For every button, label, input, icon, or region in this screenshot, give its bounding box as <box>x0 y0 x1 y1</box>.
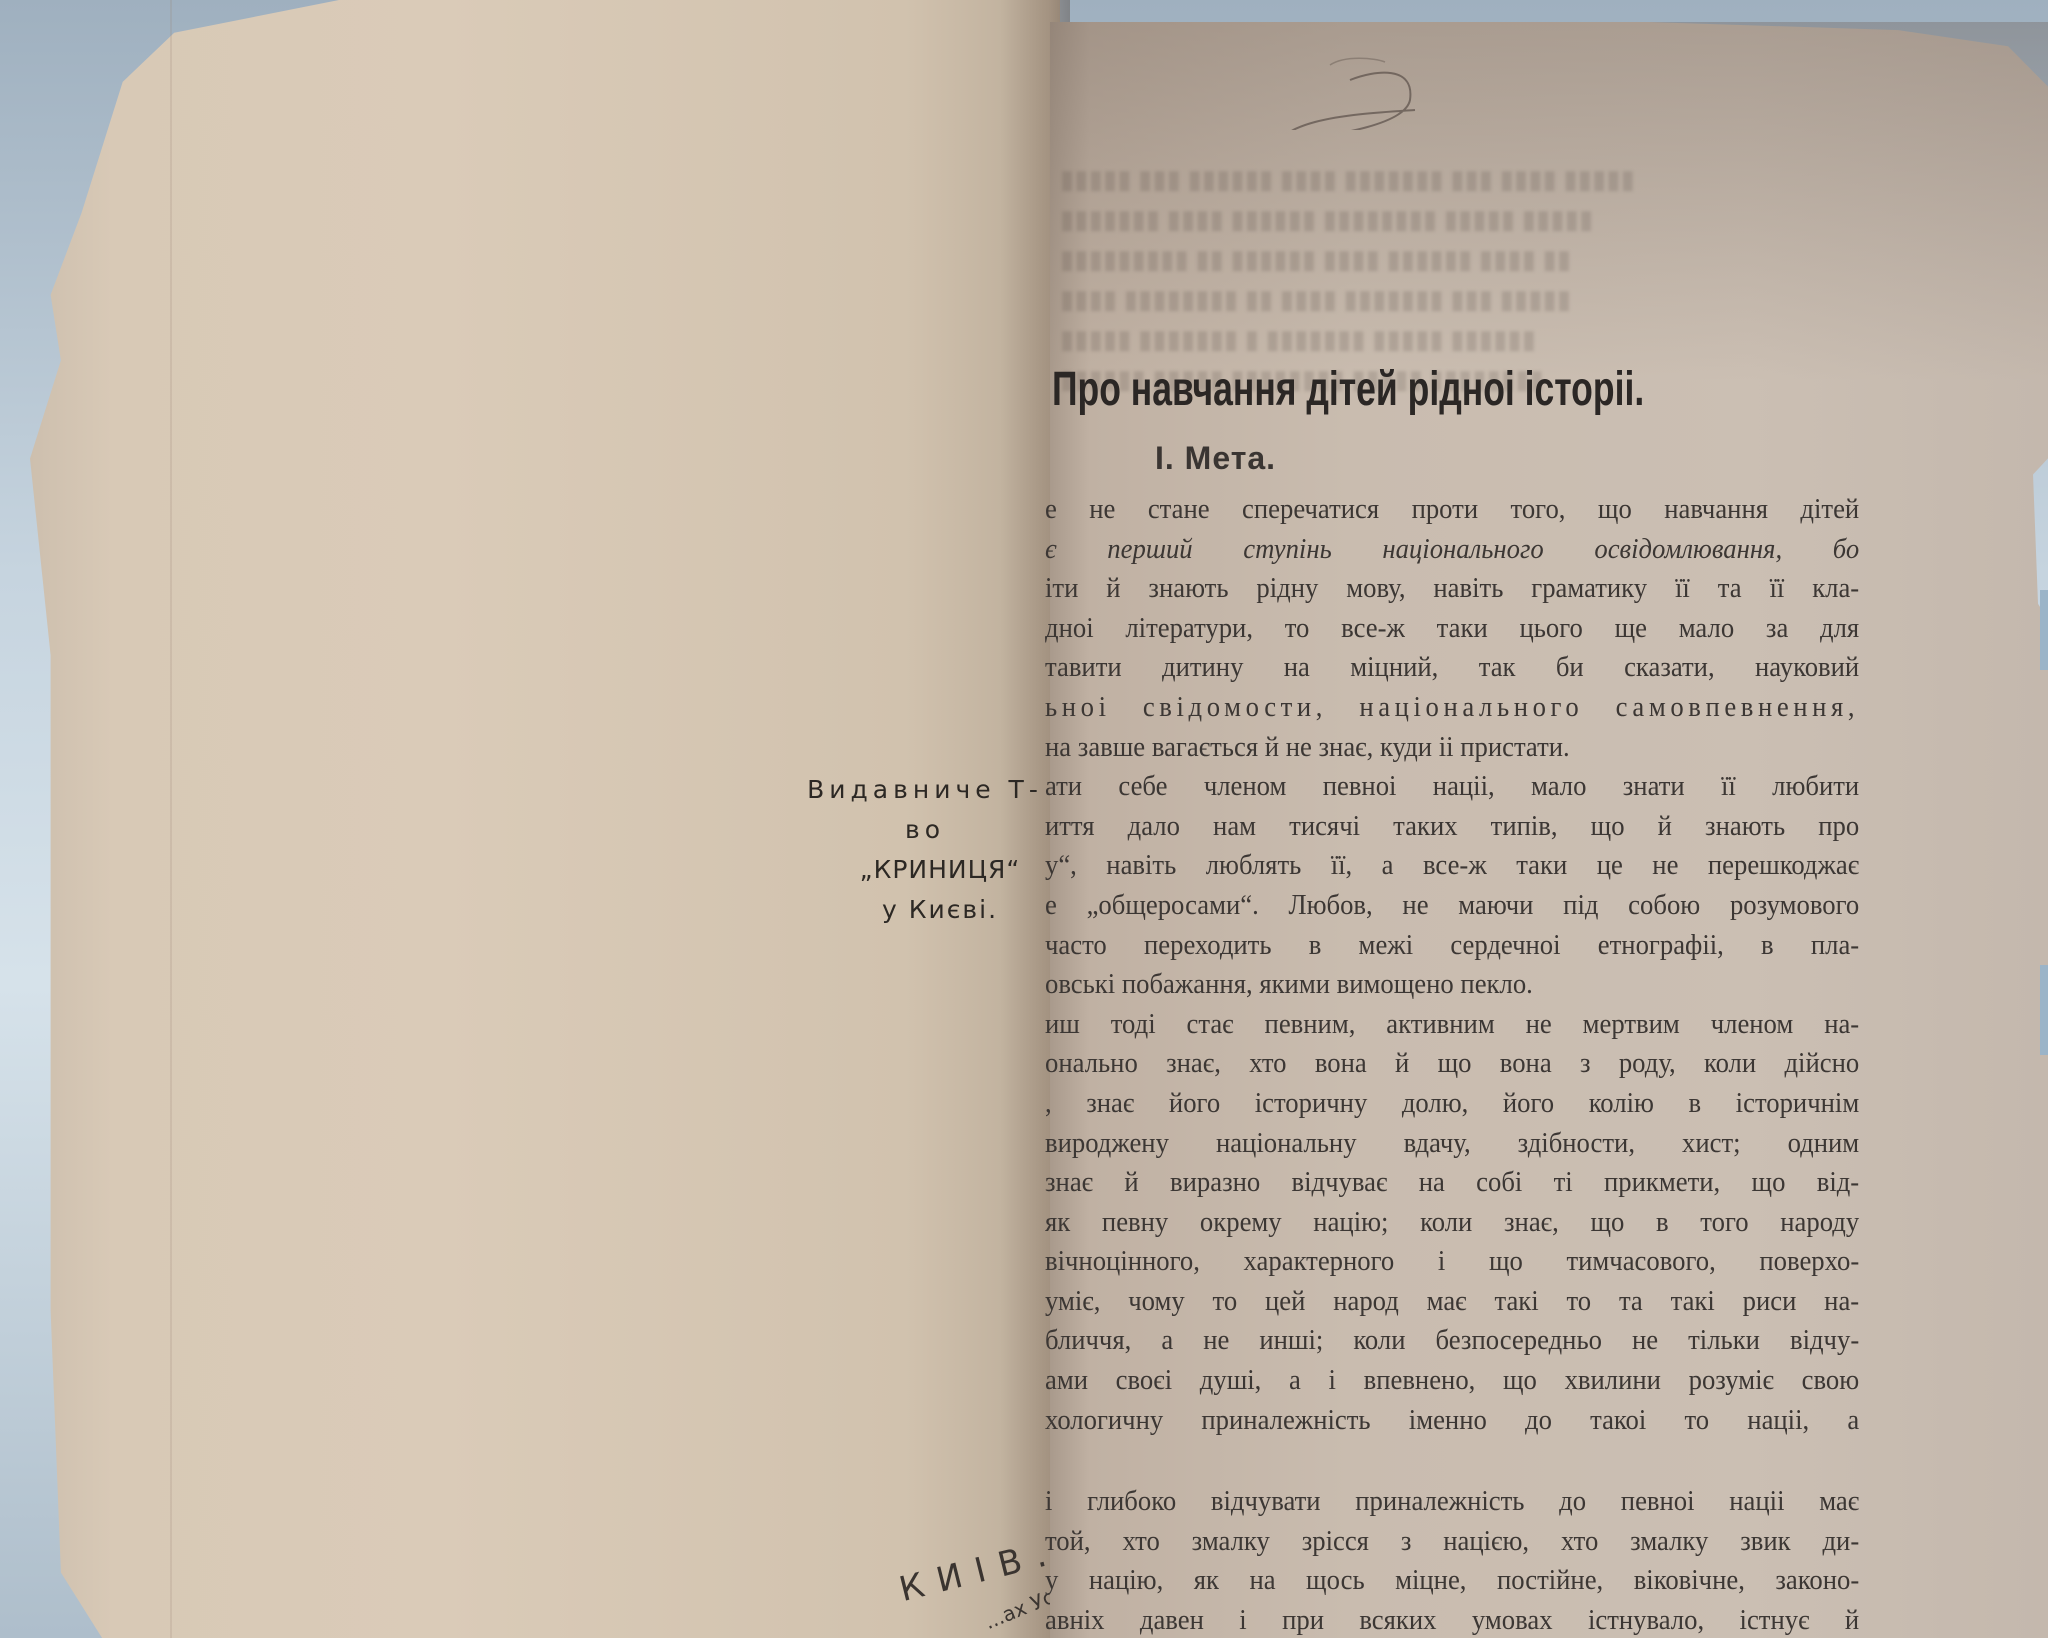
text-line: ьноі свідомости, національного самовпевн… <box>1045 688 1859 728</box>
text-line: є перший ступінь національного освідомлю… <box>1045 530 1859 570</box>
page-edge-tear <box>2040 590 2048 670</box>
text-line: хологичну приналежність іменно до такоі … <box>1045 1401 1859 1441</box>
text-line: часто переходить в межі сердечноі етногр… <box>1045 926 1859 966</box>
publisher-line: Видавниче Т-во <box>760 770 1060 850</box>
page-edge-tear <box>2040 965 2048 1055</box>
text-line: е не стане сперечатися проти того, що на… <box>1045 490 1859 530</box>
text-line: авніх давен і при всяких умовах істнувал… <box>1045 1601 1859 1638</box>
text-line: на завше вагається й не знає, куди іі пр… <box>1045 728 1859 768</box>
text-line: вічноцінного, характерного і що тимчасов… <box>1045 1242 1859 1282</box>
text-line: дноі літератури, то все-ж таки цього ще … <box>1045 609 1859 649</box>
text-line: бличчя, а не инші; коли безпосередньо не… <box>1045 1321 1859 1361</box>
handwritten-signature-icon <box>1275 40 1445 130</box>
text-line: ати себе членом певноі націі, мало знати… <box>1045 767 1859 807</box>
text-line: тавити дитину на міцний, так би сказати,… <box>1045 648 1859 688</box>
text-line: уміє, чому то цей народ має такі то та т… <box>1045 1282 1859 1322</box>
text-line: у“, навіть люблять її, а все-ж таки це н… <box>1045 846 1859 886</box>
text-line: у націю, як на щось міцне, постійне, вік… <box>1045 1561 1859 1601</box>
text-line: іти й знають рідну мову, навіть граматик… <box>1045 569 1859 609</box>
left-page-fold-line <box>170 0 172 1638</box>
text-line: иш тоді стає певним, активним не мертвим… <box>1045 1005 1859 1045</box>
body-text: е не стане сперечатися проти того, що на… <box>1045 490 1860 1638</box>
text-line: знає й виразно відчуває на собі ті прикм… <box>1045 1163 1859 1203</box>
text-line: і глибоко відчувати приналежність до пев… <box>1045 1482 1859 1522</box>
text-line: е „общеросами“. Любов, не маючи під собо… <box>1045 886 1859 926</box>
publisher-name: „КРИНИЦЯ“ <box>760 850 1060 890</box>
text-line: ами своєі душі, а і впевнено, що хвилини… <box>1045 1361 1859 1401</box>
text-line: як певну окрему націю; коли знає, що в т… <box>1045 1203 1859 1243</box>
open-book-spread: Видавниче Т-во „КРИНИЦЯ“ у Києві. КИІВ. … <box>0 0 2048 1638</box>
text-line: , знає його історичну долю, його колію в… <box>1045 1084 1859 1124</box>
text-line: онально знає, хто вона й що вона з роду,… <box>1045 1044 1859 1084</box>
chapter-title: Про навчання дітей рідноі історіі. <box>1052 362 1644 417</box>
publisher-imprint: Видавниче Т-во „КРИНИЦЯ“ у Києві. <box>760 770 1060 930</box>
text-line: овські побажання, якими вимощено пекло. <box>1045 965 1859 1005</box>
text-line: той, хто змалку зрісся з нацією, хто зма… <box>1045 1522 1859 1562</box>
text-line: вироджену національну вдачу, здібности, … <box>1045 1124 1859 1164</box>
text-line: иття дало нам тисячі таких типів, що й з… <box>1045 807 1859 847</box>
section-heading: І. Мета. <box>1155 440 1276 477</box>
publisher-city: у Києві. <box>760 890 1060 930</box>
